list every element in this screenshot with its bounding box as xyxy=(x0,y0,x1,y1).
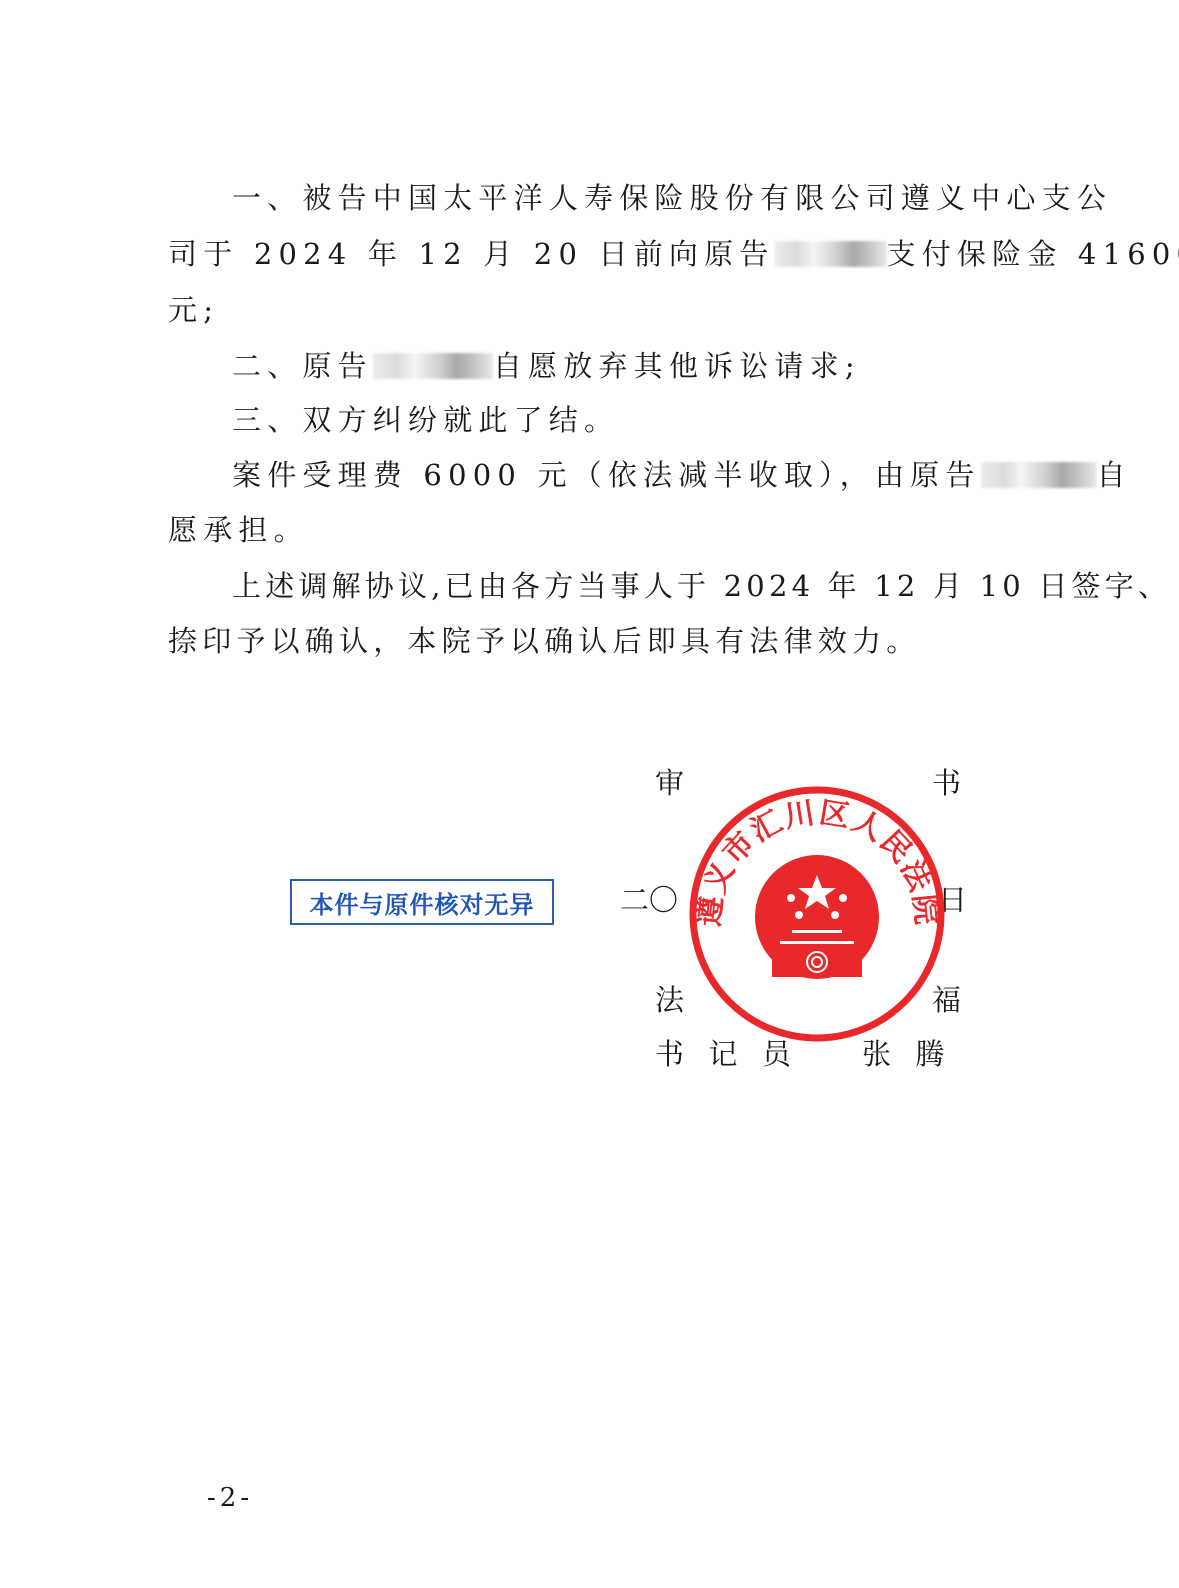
paragraph-fee-line-1: 案件受理费 6000 元（依法减半收取），由原告自 xyxy=(232,455,1132,495)
document-page: 一、被告中国太平洋人寿保险股份有限公司遵义中心支公 司于 2024 年 12 月… xyxy=(0,0,1179,1588)
assistant-judge-label: 法 xyxy=(655,980,684,1020)
text-segment: 司于 2024 年 12 月 20 日前向原告 xyxy=(168,237,775,271)
paragraph-agreement-line-1: 上述调解协议,已由各方当事人于 2024 年 12 月 10 日签字、 xyxy=(232,566,1171,606)
court-seal-icon: 遵义市汇川区人民法院 xyxy=(688,785,946,1043)
text-segment: 案件受理费 6000 元（依法减半收取），由原告 xyxy=(232,458,981,492)
page-number: -2- xyxy=(207,1483,253,1513)
verification-stamp: 本件与原件核对无异 xyxy=(290,879,554,925)
paragraph-agreement-line-2: 捺印予以确认，本院予以确认后即具有法律效力。 xyxy=(168,621,920,661)
text-segment: 自 xyxy=(1097,458,1132,492)
judge-label: 审 xyxy=(655,763,684,803)
date-prefix: 二〇 xyxy=(620,880,678,920)
paragraph-item-3: 三、双方纠纷就此了结。 xyxy=(232,400,619,440)
text-segment: 支付保险金 416000 xyxy=(887,237,1179,271)
text-segment: 二、原告 xyxy=(232,349,373,383)
verification-stamp-text: 本件与原件核对无异 xyxy=(310,885,535,920)
paragraph-item-1-line-3: 元; xyxy=(168,290,219,330)
paragraph-item-2: 二、原告自愿放弃其他诉讼请求; xyxy=(232,346,861,386)
paragraph-item-1-line-2: 司于 2024 年 12 月 20 日前向原告支付保险金 416000 xyxy=(168,234,1179,274)
redacted-name xyxy=(373,353,493,379)
redacted-name xyxy=(981,462,1097,488)
paragraph-fee-line-2: 愿承担。 xyxy=(168,510,309,550)
text-segment: 自愿放弃其他诉讼请求; xyxy=(493,349,861,383)
redacted-name xyxy=(775,241,887,267)
paragraph-item-1-line-1: 一、被告中国太平洋人寿保险股份有限公司遵义中心支公 xyxy=(232,178,1112,218)
